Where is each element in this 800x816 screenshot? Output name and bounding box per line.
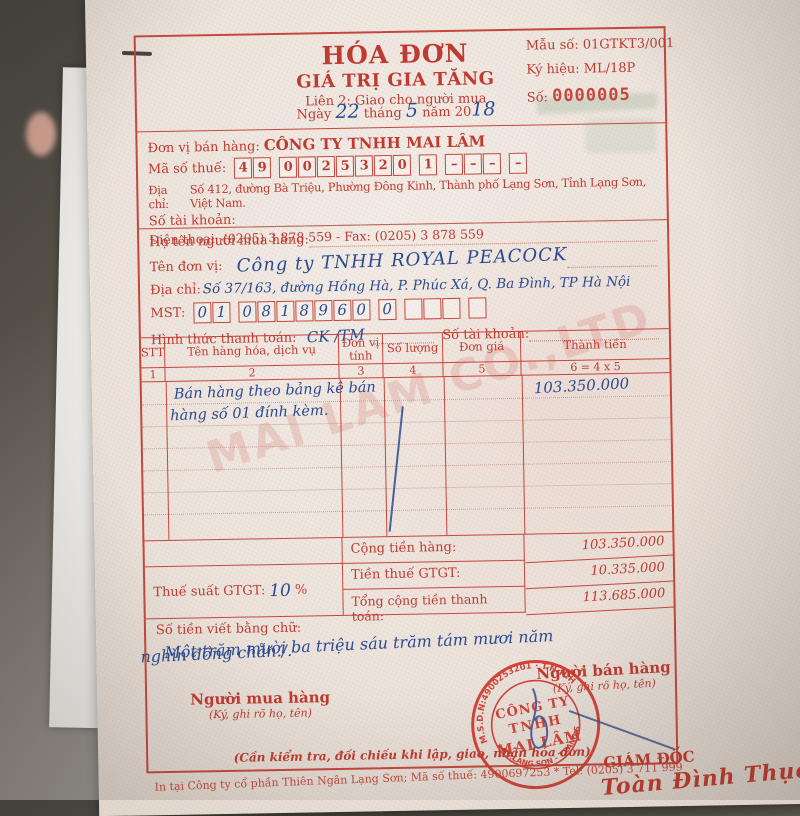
vat-amount-label: Tiền thuế GTGT: bbox=[343, 561, 525, 590]
serial-value: ML/18P bbox=[584, 61, 636, 77]
date-word-day: Ngày bbox=[296, 107, 331, 123]
buyer-section: Họ tên người mua hàng: Tên đơn vị:Công t… bbox=[139, 220, 669, 337]
tax-blank-box: – bbox=[445, 154, 463, 175]
buyer-tax-digit-box: 8 bbox=[257, 301, 275, 322]
form-label: Mẫu số: bbox=[526, 38, 579, 54]
buyer-unit-label: Tên đơn vị: bbox=[150, 259, 223, 275]
item-description-line2: hàng số 01 đính kèm. bbox=[170, 403, 329, 425]
seller-account-label: Số tài khoản: bbox=[149, 213, 236, 230]
buyer-tax-digit-box: 0 bbox=[193, 302, 211, 323]
dotted-row-line bbox=[143, 439, 671, 449]
column-line bbox=[340, 379, 344, 537]
tax-digit-box: 4 bbox=[234, 157, 252, 178]
invoice-number: 0000005 bbox=[552, 85, 631, 106]
tax-digit-box: 9 bbox=[253, 157, 271, 178]
buyer-tax-digit-box: 0 bbox=[352, 299, 370, 320]
buyer-tax-blank-box bbox=[404, 298, 422, 319]
seller-unit-label: Đơn vị bán hàng: bbox=[147, 139, 259, 156]
tax-blank-box: – bbox=[483, 153, 501, 174]
date-word-year: năm 20 bbox=[422, 105, 471, 121]
grand-total-label: Tổng cộng tiền thanh toán: bbox=[343, 587, 525, 616]
buyer-tax-digit-box: 0 bbox=[238, 301, 256, 322]
buyer-signature-title: Người mua hàng bbox=[175, 688, 345, 709]
buyer-tax-label: MST: bbox=[150, 305, 185, 321]
invoice-title: HÓA ĐƠN bbox=[254, 37, 536, 71]
buyer-tax-digit-box: 1 bbox=[212, 301, 230, 322]
finger-edge bbox=[26, 112, 56, 156]
vat-rows: Thuế suất GTGT: 10 % Tiền thuế GTGT: 10.… bbox=[145, 558, 674, 619]
tax-digit-box: 1 bbox=[419, 154, 437, 175]
item-amount-handwritten: 103.350.000 bbox=[533, 374, 629, 397]
number-label: Số: bbox=[527, 90, 549, 105]
amount-words-line2: nghìn đồng chẵn./. bbox=[140, 641, 292, 667]
items-table: STT Tên hàng hóa, dịch vụ Đơn vị tính Số… bbox=[141, 328, 674, 619]
seller-address: Số 412, đường Bà Triệu, Phường Đông Kinh… bbox=[190, 174, 657, 210]
seller-address-label: Địa chỉ: bbox=[148, 183, 187, 212]
col-number: 5 bbox=[443, 362, 521, 377]
vat-rate-handwritten: 10 bbox=[269, 580, 291, 600]
form-value: 01GTKT3/001 bbox=[583, 36, 675, 53]
buyer-tax-blank-box bbox=[442, 297, 460, 318]
column-line bbox=[444, 377, 448, 535]
pen-slash-mark bbox=[389, 406, 404, 532]
empty-cell bbox=[144, 538, 342, 567]
buyer-tax-blank-box bbox=[468, 297, 486, 318]
dotted-row-line bbox=[143, 461, 671, 471]
tax-digit-box: 3 bbox=[355, 155, 373, 176]
date-year-handwritten: 18 bbox=[471, 98, 496, 120]
dotted-row-line bbox=[144, 483, 672, 493]
tax-blank-box: – bbox=[464, 153, 482, 174]
col-number: 3 bbox=[339, 364, 383, 379]
seller-tax-label: Mã số thuế: bbox=[148, 161, 227, 177]
tax-digit-box: 2 bbox=[374, 155, 392, 176]
buyer-tax-digit-box: 1 bbox=[276, 300, 294, 321]
tax-blank-box: – bbox=[509, 153, 527, 174]
buyer-address-label: Địa chỉ: bbox=[150, 282, 201, 298]
tax-digit-box: 5 bbox=[336, 156, 354, 177]
vat-rate-label: Thuế suất GTGT: bbox=[153, 583, 265, 600]
tax-digit-box: 0 bbox=[298, 156, 316, 177]
table-body: Bán hàng theo bảng kê bán hàng số 01 đín… bbox=[142, 373, 673, 541]
dotted-blank bbox=[567, 252, 658, 268]
buyer-tax-digit-box: 8 bbox=[295, 300, 313, 321]
invoice-header: HÓA ĐƠN GIÁ TRỊ GIA TĂNG Liên 2: Giao ch… bbox=[136, 28, 666, 132]
col-number: 4 bbox=[383, 363, 443, 378]
serial-label: Ký hiệu: bbox=[526, 62, 580, 78]
item-description-line1: Bán hàng theo bảng kê bán bbox=[174, 380, 376, 403]
buyer-tax-blank-box bbox=[423, 298, 441, 319]
amount-in-words-label: Số tiền viết bằng chữ: bbox=[156, 621, 301, 639]
subtotal-label: Cộng tiền hàng: bbox=[342, 535, 524, 564]
date-day-handwritten: 22 bbox=[335, 101, 360, 123]
column-line bbox=[166, 382, 170, 540]
tax-digit-box: 2 bbox=[317, 156, 335, 177]
col-header-qty: Số lượng bbox=[383, 333, 444, 364]
buyer-person-label: Họ tên người mua hàng: bbox=[149, 232, 309, 250]
buyer-tax-digit-box: 0 bbox=[378, 298, 396, 319]
seller-name: CÔNG TY TNHH MAI LÂM bbox=[264, 132, 486, 154]
date-month-handwritten: 5 bbox=[406, 100, 418, 122]
col-header-stt: STT bbox=[141, 338, 166, 368]
column-line bbox=[522, 376, 526, 534]
buyer-tax-digit-box: 9 bbox=[314, 300, 332, 321]
col-header-amount: Thành tiền bbox=[521, 329, 670, 362]
vat-rate-suffix: % bbox=[295, 583, 308, 598]
payment-method-handwritten: CK /TM bbox=[306, 325, 365, 346]
invoice-frame: MAI LAM CO.,LTD HÓA ĐƠN GIÁ TRỊ GIA TĂNG… bbox=[134, 26, 679, 773]
vat-rate-cell: Thuế suất GTGT: 10 % bbox=[145, 564, 344, 619]
invoice-subtitle: GIÁ TRỊ GIA TĂNG bbox=[254, 67, 536, 93]
col-header-price: Đơn giá bbox=[443, 332, 522, 363]
tax-digit-box: 0 bbox=[393, 155, 411, 176]
tax-digit-box: 0 bbox=[279, 157, 297, 178]
date-word-month: tháng bbox=[364, 106, 402, 122]
column-line bbox=[384, 378, 388, 536]
dotted-row-line bbox=[144, 505, 672, 515]
col-number: 1 bbox=[141, 368, 165, 382]
buyer-tax-digit-box: 6 bbox=[333, 299, 351, 320]
invoice-paper: MAI LAM CO.,LTD HÓA ĐƠN GIÁ TRỊ GIA TĂNG… bbox=[85, 0, 800, 800]
buyer-signature-block: Người mua hàng (Ký, ghi rõ họ, tên) bbox=[175, 688, 346, 722]
